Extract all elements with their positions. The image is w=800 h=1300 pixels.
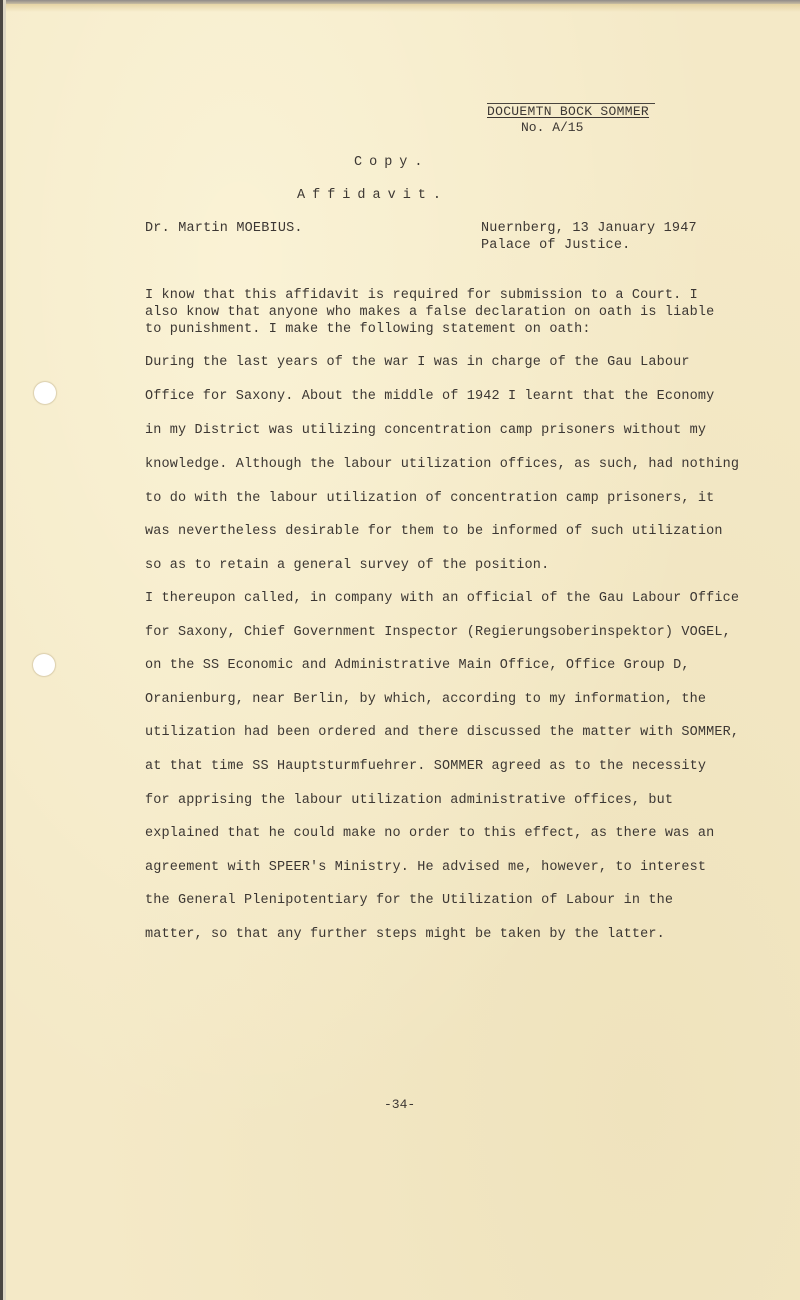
paragraph-2-line: agreement with SPEER's Ministry. He advi… — [145, 860, 706, 875]
punch-hole-lower — [33, 654, 55, 676]
paragraph-2-line: for apprising the labour utilization adm… — [145, 793, 673, 808]
page-top-shade — [6, 4, 800, 12]
intro-line: I know that this affidavit is required f… — [145, 288, 698, 303]
paragraph-2-line: for Saxony, Chief Government Inspector (… — [145, 625, 731, 640]
intro-line: to punishment. I make the following stat… — [145, 322, 591, 337]
paragraph-2-line: I thereupon called, in company with an o… — [145, 591, 739, 606]
paragraph-2-line: the General Plenipotentiary for the Util… — [145, 893, 673, 908]
paragraph-1-line: was nevertheless desirable for them to b… — [145, 524, 723, 539]
paragraph-2-line: utilization had been ordered and there d… — [145, 725, 739, 740]
document-number: No. A/15 — [521, 120, 583, 135]
affiant-name: Dr. Martin MOEBIUS. — [145, 221, 303, 236]
page-left-margin-strip — [3, 0, 6, 1300]
place-detail: Palace of Justice. — [481, 238, 630, 253]
intro-line: also know that anyone who makes a false … — [145, 305, 714, 320]
paragraph-2-line: explained that he could make no order to… — [145, 826, 714, 841]
paragraph-1-line: to do with the labour utilization of con… — [145, 491, 714, 506]
place-date: Nuernberg, 13 January 1947 — [481, 221, 697, 236]
page-number: -34- — [384, 1097, 415, 1112]
punch-hole-upper — [34, 382, 56, 404]
paragraph-1-line: so as to retain a general survey of the … — [145, 558, 549, 573]
paragraph-1-line: knowledge. Although the labour utilizati… — [145, 457, 739, 472]
paragraph-2-line: matter, so that any further steps might … — [145, 927, 665, 942]
paragraph-2-line: Oranienburg, near Berlin, by which, acco… — [145, 692, 706, 707]
document-title: Affidavit. — [297, 188, 448, 203]
paragraph-1-line: in my District was utilizing concentrati… — [145, 423, 706, 438]
paragraph-2-line: at that time SS Hauptsturmfuehrer. SOMME… — [145, 759, 706, 774]
paragraph-2-line: on the SS Economic and Administrative Ma… — [145, 658, 690, 673]
paragraph-1-line: During the last years of the war I was i… — [145, 355, 690, 370]
document-book-reference: DOCUEMTN BOCK SOMMER — [487, 104, 649, 119]
copy-label: Copy. — [354, 155, 430, 170]
document-page: DOCUEMTN BOCK SOMMER No. A/15 Copy. Affi… — [0, 0, 800, 1300]
paragraph-1-line: Office for Saxony. About the middle of 1… — [145, 389, 714, 404]
